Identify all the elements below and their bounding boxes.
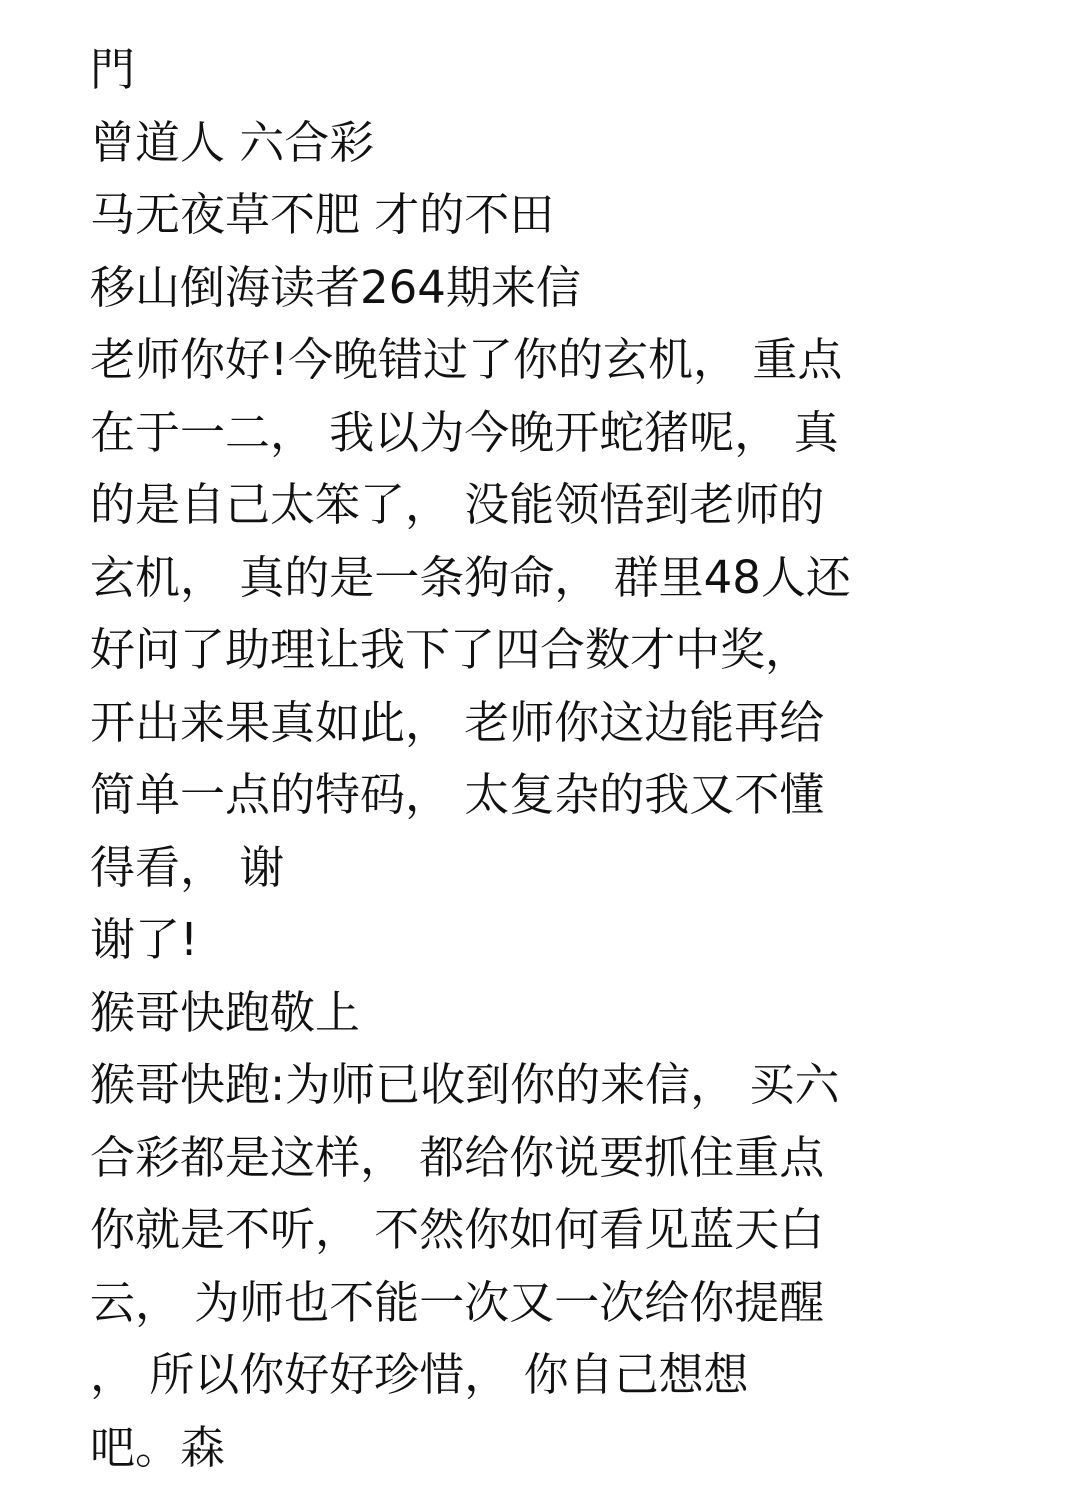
reply-body-line: ， 所以你好好珍惜， 你自己想想 [90,1339,990,1412]
reply-body-line: 猴哥快跑:为师已收到你的来信， 买六 [90,1049,990,1122]
subtitle-line: 马无夜草不肥 才的不田 [90,179,990,252]
letter-body-line: 简单一点的特码， 太复杂的我又不懂 [90,759,990,832]
letter-body-line: 的是自己太笨了， 没能领悟到老师的 [90,469,990,542]
letter-body-line: 得看， 谢 [90,832,990,905]
reply-closing-line: 吧。森 [90,1412,990,1485]
letter-body-line: 好问了助理让我下了四合数才中奖， [90,614,990,687]
letter-body-line: 在于一二， 我以为今晚开蛇猪呢， 真 [90,397,990,470]
reply-body-line: 云， 为师也不能一次又一次给你提醒 [90,1267,990,1340]
letter-body-line: 谢了! [90,904,990,977]
letter-signature: 猴哥快跑敬上 [90,977,990,1050]
letter-document: 門 曾道人 六合彩 马无夜草不肥 才的不田 移山倒海读者264期来信 老师你好!… [90,34,990,1484]
letter-body-line: 玄机， 真的是一条狗命， 群里48人还 [90,542,990,615]
reply-body-line: 你就是不听， 不然你如何看见蓝天白 [90,1194,990,1267]
letter-body-line: 开出来果真如此， 老师你这边能再给 [90,687,990,760]
header-character: 門 [90,34,990,107]
title-line: 曾道人 六合彩 [90,107,990,180]
letter-heading: 移山倒海读者264期来信 [90,252,990,325]
reply-body-line: 合彩都是这样， 都给你说要抓住重点 [90,1122,990,1195]
letter-body-line: 老师你好!今晚错过了你的玄机， 重点 [90,324,990,397]
